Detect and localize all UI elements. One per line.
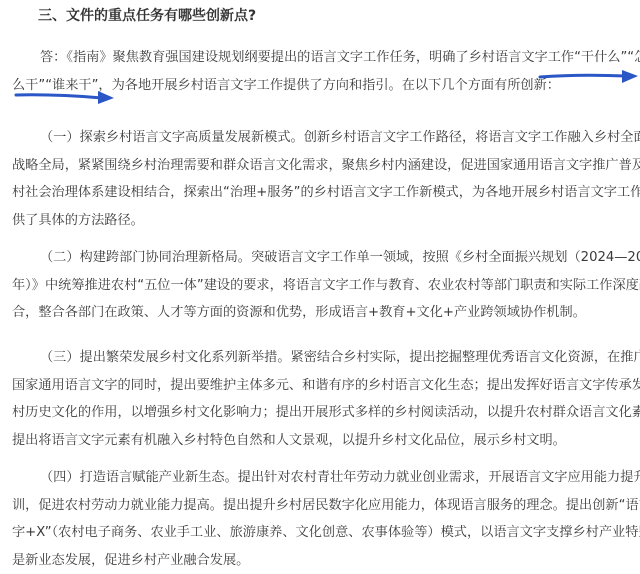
section-4-paragraph: （四）打造语言赋能产业新生态。提出针对农村青壮年劳动力就业创业需求，开展语言文字… bbox=[12, 464, 628, 574]
section-1-line-1: （一）探索乡村语言文字高质量发展新模式。创新乡村语言文字工作路径，将语言文字工作… bbox=[12, 124, 628, 152]
section-3-line-2: 国家通用语言文字的同时，提出要维护主体多元、和谐有序的乡村语言文化生态；提出发挥… bbox=[12, 372, 628, 400]
answer-line-1: 答：《指南》聚焦教育强国建设规划纲要提出的语言文字工作任务，明确了乡村语言文字工… bbox=[12, 44, 628, 72]
section-3-line-1: （三）提出繁荣发展乡村文化系列新举措。紧密结合乡村实际，提出挖掘整理优秀语言文化… bbox=[12, 344, 628, 372]
section-4-line-3: 字+X”（农村电子商务、农业手工业、旅游康养、文化创意、农事体验等）模式，以语言… bbox=[12, 519, 628, 547]
section-heading: 三、文件的重点任务有哪些创新点? bbox=[38, 5, 256, 25]
answer-line-2: 么干”“谁来干”，为各地开展乡村语言文字工作提供了方向和指引。在以下几个方面有所… bbox=[12, 72, 628, 100]
section-1-line-3: 村社会治理体系建设相结合，探索出“治理+服务”的乡村语言文字工作新模式，为各地开… bbox=[12, 179, 628, 207]
section-1-line-4: 供了具体的方法路径。 bbox=[12, 207, 628, 235]
section-4-line-2: 训，促进农村劳动力就业能力提高。提出提升乡村居民数字化应用能力，体现语言服务的理… bbox=[12, 492, 628, 520]
section-2-line-1: （二）构建跨部门协同治理新格局。突破语言文字工作单一领域，按照《乡村全面振兴规划… bbox=[12, 244, 628, 272]
section-3-line-3: 村历史文化的作用，以增强乡村文化影响力；提出开展形式多样的乡村阅读活动，以提升农… bbox=[12, 399, 628, 427]
section-2-line-2: 年）》中统筹推进农村“五位一体”建设的要求，将语言文字工作与教育、农业农村等部门… bbox=[12, 272, 628, 300]
section-1-paragraph: （一）探索乡村语言文字高质量发展新模式。创新乡村语言文字工作路径，将语言文字工作… bbox=[12, 124, 628, 234]
section-4-line-4: 是新业态发展，促进乡村产业融合发展。 bbox=[12, 547, 628, 574]
answer-paragraph: 答：《指南》聚焦教育强国建设规划纲要提出的语言文字工作任务，明确了乡村语言文字工… bbox=[12, 44, 628, 99]
section-1-line-2: 战略全局，紧紧围绕乡村治理需要和群众语言文化需求，聚焦乡村内涵建设，促进国家通用… bbox=[12, 152, 628, 180]
section-2-line-3: 合，整合各部门在政策、人才等方面的资源和优势，形成语言+教育+文化+产业跨领域协… bbox=[12, 299, 628, 327]
section-3-paragraph: （三）提出繁荣发展乡村文化系列新举措。紧密结合乡村实际，提出挖掘整理优秀语言文化… bbox=[12, 344, 628, 454]
section-3-line-4: 提出将语言文字元素有机融入乡村特色自然和人文景观，以提升乡村文化品位，展示乡村文… bbox=[12, 427, 628, 455]
section-2-paragraph: （二）构建跨部门协同治理新格局。突破语言文字工作单一领域，按照《乡村全面振兴规划… bbox=[12, 244, 628, 327]
section-4-line-1: （四）打造语言赋能产业新生态。提出针对农村青壮年劳动力就业创业需求，开展语言文字… bbox=[12, 464, 628, 492]
